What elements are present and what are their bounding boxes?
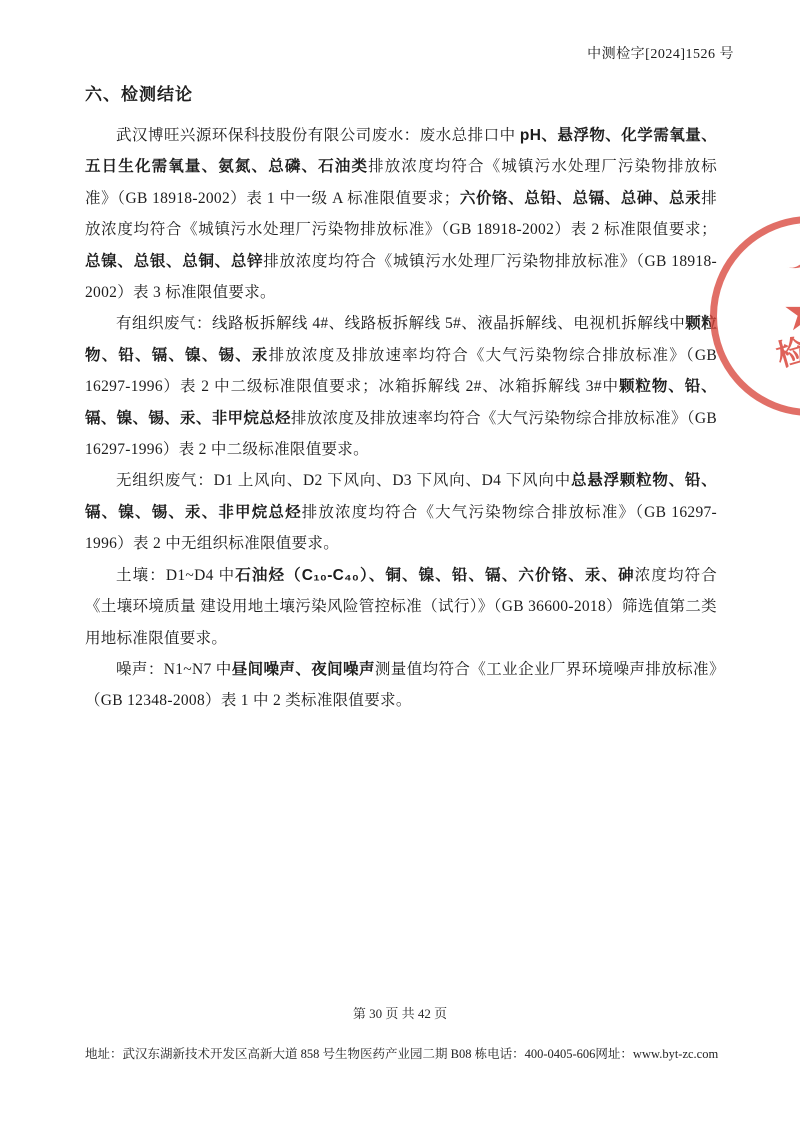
- text-run: 无组织废气：D1 上风向、D2 下风向、D3 下风向、D4 下风向中: [116, 472, 571, 489]
- report-content: 六、检测结论 武汉博旺兴源环保科技股份有限公司废水：废水总排口中 pH、悬浮物、…: [85, 84, 717, 717]
- bold-run: 总镍、总银、总铜、总锌: [85, 253, 263, 270]
- bold-run: 六价铬、总铅、总镉、总砷、总汞: [460, 190, 702, 207]
- seal-character: 检: [771, 325, 800, 376]
- seal-star-icon: ★: [782, 287, 800, 339]
- seal-ring-icon: [710, 216, 800, 416]
- footer-website: 网址：www.byt-zc.com: [595, 1044, 718, 1062]
- official-seal: ★ 检: [710, 216, 800, 416]
- report-page: 中测检字[2024]1526 号 六、检测结论 武汉博旺兴源环保科技股份有限公司…: [0, 0, 800, 1131]
- conclusion-wastewater: 武汉博旺兴源环保科技股份有限公司废水：废水总排口中 pH、悬浮物、化学需氧量、五…: [85, 120, 717, 308]
- text-run: 土壤：D1~D4 中: [116, 567, 235, 584]
- footer: 地址：武汉东湖新技术开发区高新大道 858 号生物医药产业园二期 B08 栋 电…: [85, 1044, 715, 1062]
- text-run: 武汉博旺兴源环保科技股份有限公司废水：废水总排口中: [116, 127, 520, 144]
- page-number: 第 30 页 共 42 页: [0, 1003, 800, 1022]
- text-run: 噪声：N1~N7 中: [116, 661, 232, 678]
- section-title: 六、检测结论: [85, 84, 717, 106]
- conclusion-noise: 噪声：N1~N7 中昼间噪声、夜间噪声测量值均符合《工业企业厂界环境噪声排放标准…: [85, 654, 717, 717]
- conclusion-organized-waste-gas: 有组织废气：线路板拆解线 4#、线路板拆解线 5#、液晶拆解线、电视机拆解线中颗…: [85, 308, 717, 465]
- conclusion-fugitive-waste-gas: 无组织废气：D1 上风向、D2 下风向、D3 下风向、D4 下风向中总悬浮颗粒物…: [85, 465, 717, 559]
- bold-run: 石油烃（C₁₀-C₄₀）、铜、镍、铅、镉、六价铬、汞、砷: [235, 567, 634, 584]
- text-run: 有组织废气：线路板拆解线 4#、线路板拆解线 5#、液晶拆解线、电视机拆解线中: [116, 315, 685, 332]
- doc-number: 中测检字[2024]1526 号: [587, 43, 734, 63]
- footer-phone: 电话：400-0405-606: [487, 1044, 595, 1062]
- seal-arc-fragment-icon: [763, 219, 800, 274]
- conclusion-paragraphs: 武汉博旺兴源环保科技股份有限公司废水：废水总排口中 pH、悬浮物、化学需氧量、五…: [85, 120, 717, 717]
- bold-run: 昼间噪声、夜间噪声: [232, 661, 375, 678]
- conclusion-soil: 土壤：D1~D4 中石油烃（C₁₀-C₄₀）、铜、镍、铅、镉、六价铬、汞、砷浓度…: [85, 560, 717, 654]
- footer-address: 地址：武汉东湖新技术开发区高新大道 858 号生物医药产业园二期 B08 栋: [85, 1044, 487, 1062]
